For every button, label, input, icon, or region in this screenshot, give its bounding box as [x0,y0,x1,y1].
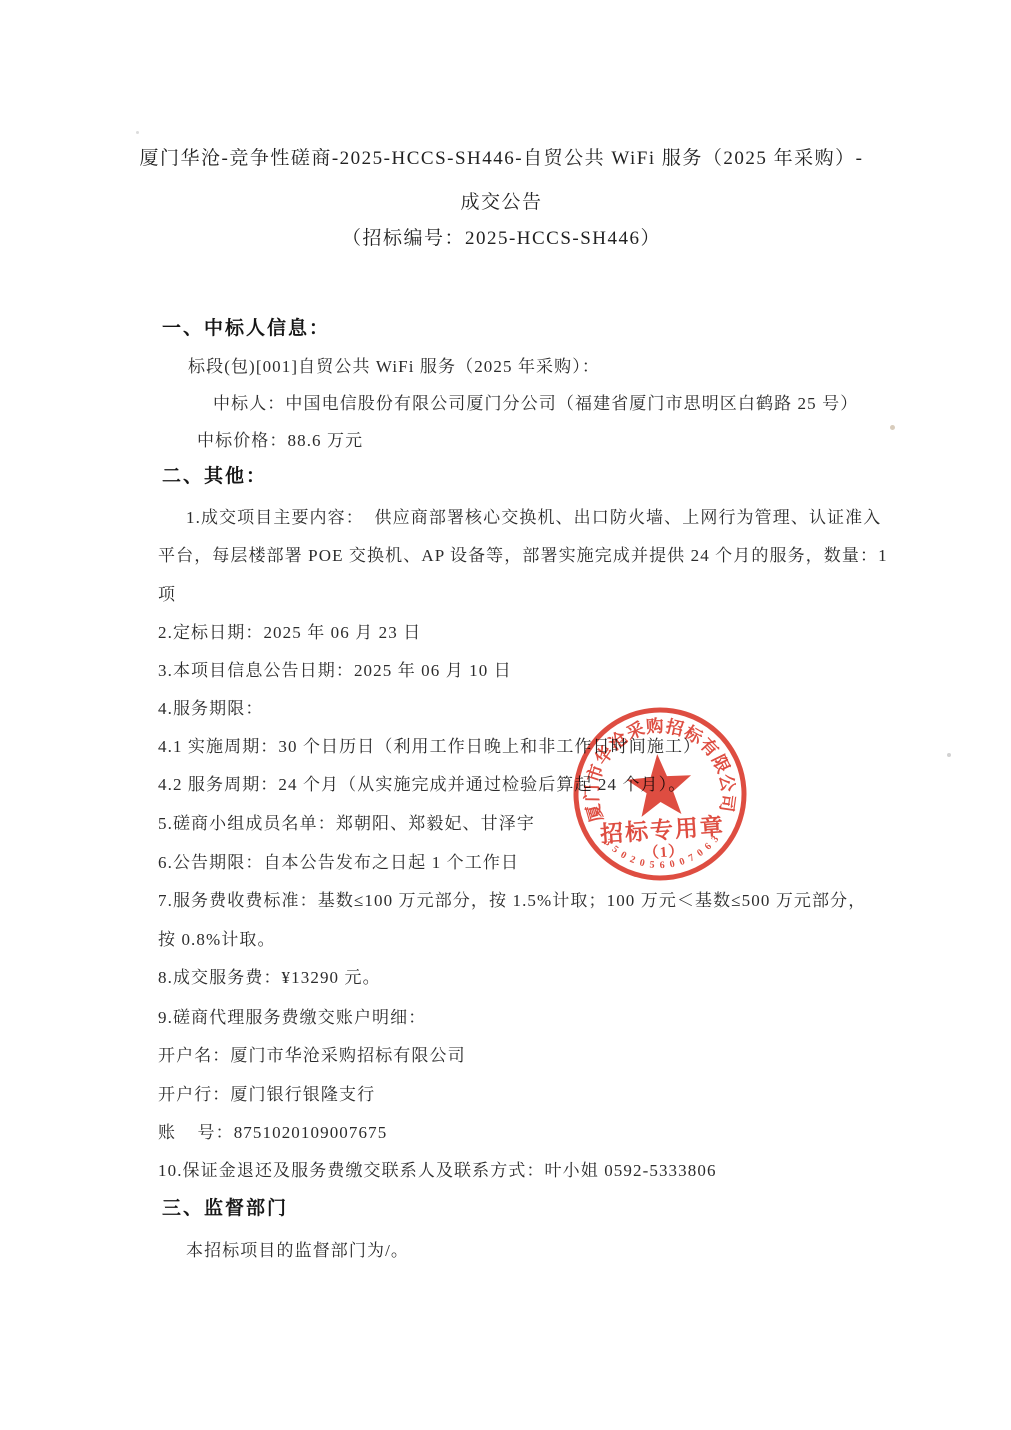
document-page: 厦门华沧-竞争性磋商-2025-HCCS-SH446-自贸公共 WiFi 服务（… [0,0,1011,1430]
item4-service-term: 4.服务期限： [158,694,263,719]
account-bank: 开户行：厦门银行银隆支行 [158,1080,375,1105]
document-title-line1: 厦门华沧-竞争性磋商-2025-HCCS-SH446-自贸公共 WiFi 服务（… [140,148,864,169]
item9-account-details-heading: 9.磋商代理服务费缴交账户明细： [158,1003,426,1028]
account-number: 账 号：8751020109007675 [158,1118,387,1143]
account-name: 开户名：厦门市华沧采购招标有限公司 [158,1041,466,1066]
item1-line3: 项 [158,580,176,605]
scan-speck [890,425,895,430]
item7-fee-standard-line2: 按 0.8%计取。 [158,925,276,950]
item1-line1: 1.成交项目主要内容： 供应商部署核心交换机、出口防火墙、上网行为管理、认证准入 [186,503,881,528]
document-title-line3-wrap: （招标编号：2025-HCCS-SH446） [0,223,1003,250]
winner-line: 中标人：中国电信股份有限公司厦门分公司（福建省厦门市思明区白鹤路 25 号） [213,389,858,414]
seal-star-icon [625,752,694,818]
item1-line2: 平台，每层楼部署 POE 交换机、AP 设备等，部署实施完成并提供 24 个月的… [158,541,888,566]
item3-notice-date: 3.本项目信息公告日期：2025 年 06 月 10 日 [158,656,512,681]
scan-speck [136,131,139,134]
company-seal-stamp: 厦门市华沧采购招标有限公司 招标专用章 （1） 3502056007063 [572,706,748,882]
scan-speck [947,753,951,757]
section1-heading: 一、中标人信息： [162,313,330,340]
section2-heading: 二、其他： [162,461,267,488]
supervision-content: 本招标项目的监督部门为/。 [186,1236,409,1261]
item2-award-date: 2.定标日期：2025 年 06 月 23 日 [158,618,421,643]
lot-line: 标段(包)[001]自贸公共 WiFi 服务（2025 年采购）： [188,352,600,377]
item7-fee-standard-line1: 7.服务费收费标准：基数≤100 万元部分，按 1.5%计取；100 万元＜基数… [158,886,866,911]
tender-number: （招标编号：2025-HCCS-SH446） [342,228,661,249]
section3-heading: 三、监督部门 [162,1193,288,1220]
document-title-line2-wrap: 成交公告 [0,187,1003,214]
document-title-line2: 成交公告 [460,192,542,213]
item8-service-fee: 8.成交服务费：¥13290 元。 [158,963,381,988]
price-line: 中标价格：88.6 万元 [197,426,363,451]
document-title-line1-wrap: 厦门华沧-竞争性磋商-2025-HCCS-SH446-自贸公共 WiFi 服务（… [0,143,1003,170]
item5-panel-members: 5.磋商小组成员名单：郑朝阳、郑毅妃、甘泽宇 [158,809,535,834]
item10-contact: 10.保证金退还及服务费缴交联系人及联系方式：叶小姐 0592-5333806 [158,1156,717,1181]
item6-notice-period: 6.公告期限：自本公告发布之日起 1 个工作日 [158,848,519,873]
